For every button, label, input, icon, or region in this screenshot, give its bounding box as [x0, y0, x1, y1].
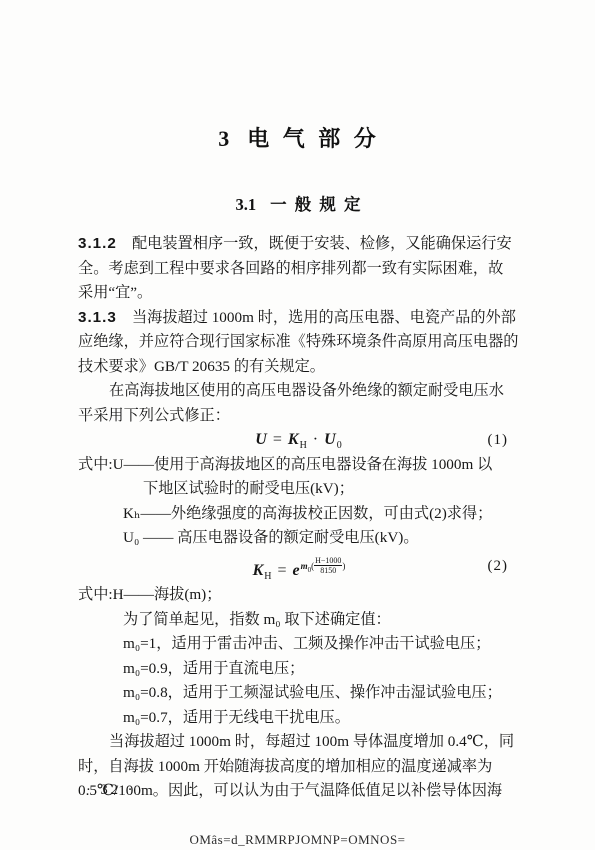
- section-title-text: 一 般 规 定: [270, 195, 362, 214]
- page-content: 3电 气 部 分 3.1一 般 规 定 3.1.2 配电装置相序一致，既便于安装…: [78, 0, 520, 804]
- text-line: 3.1.2 配电装置相序一致，既便于安装、检修，又能确保运行安: [78, 232, 520, 257]
- text-line: m₀=0.8，适用于工频湿试验电压、操作冲击湿试验电压；: [78, 681, 520, 706]
- text-line: m₀=0.7，适用于无线电干扰电压。: [78, 706, 520, 731]
- text-line: 0.5℃/100m。因此，可以认为由于气温降低值足以补偿导体因海: [78, 779, 520, 804]
- clause-number: 3.1.3: [78, 309, 117, 326]
- text-line: 为了简单起见，指数 m₀ 取下述确定值：: [78, 608, 520, 633]
- section-title: 3.1一 般 规 定: [78, 194, 520, 216]
- var-U0: U: [324, 431, 337, 448]
- formula-1: U=KH·U0 (1): [78, 428, 520, 453]
- formula-2-number: (2): [488, 554, 509, 579]
- fraction-numerator: H−1000: [314, 557, 342, 566]
- var-K: K: [253, 562, 265, 579]
- document-page: 3电 气 部 分 3.1一 般 规 定 3.1.2 配电装置相序一致，既便于安装…: [0, 0, 595, 850]
- footer-code: OMâs=d_RMMRPJOMNP=OMNOS=: [0, 832, 595, 848]
- where-clause-2: 式中:H——海拔(m)；为了简单起见，指数 m₀ 取下述确定值：m₀=1，适用于…: [78, 583, 520, 730]
- subscript-H: H: [300, 440, 308, 451]
- text-line: Kₕ——外绝缘强度的高海拔校正因数，可由式(2)求得；: [78, 502, 520, 527]
- equals-sign: =: [272, 562, 292, 579]
- where-clause-1: 式中:U——使用于高海拔地区的高压电器设备在海拔 1000m 以下地区试验时的耐…: [78, 453, 520, 551]
- chapter-title: 3电 气 部 分: [78, 0, 520, 152]
- text-line: 采用“宜”。: [78, 281, 520, 306]
- text-line: 技术要求》GB/T 20635 的有关规定。: [78, 355, 520, 380]
- var-m: m: [301, 561, 308, 571]
- subscript-0: 0: [337, 440, 343, 451]
- paragraph-3-1-3: 3.1.3 当海拔超过 1000m 时，选用的高压电器、电瓷产品的外部应绝缘，并…: [78, 306, 520, 380]
- text-line: 平采用下列公式修正：: [78, 404, 520, 429]
- paragraph-intro: 在高海拔地区使用的高压电器设备外绝缘的额定耐受电压水平采用下列公式修正：: [78, 379, 520, 428]
- text-line: m₀=0.9，适用于直流电压；: [78, 657, 520, 682]
- var-U: U: [255, 431, 268, 448]
- text-line: 式中:H——海拔(m)；: [78, 583, 520, 608]
- text-line: U₀ —— 高压电器设备的额定耐受电压(kV)。: [78, 526, 520, 551]
- exponent: m0(H−10008150): [301, 554, 346, 582]
- formula-1-expression: U=KH·U0: [255, 431, 342, 448]
- paragraph-last: 当海拔超过 1000m 时，每超过 100m 导体温度增加 0.4℃，同时，自海…: [78, 730, 520, 804]
- text-line: m₀=1，适用于雷击冲击、工频及操作冲击干试验电压；: [78, 632, 520, 657]
- chapter-title-text: 电 气 部 分: [247, 126, 380, 151]
- text-line: 全。考虑到工程中要求各回路的相序排列都一致有实际困难，故: [78, 257, 520, 282]
- var-K: K: [288, 431, 300, 448]
- formula-2: KH=em0(H−10008150) (2): [78, 554, 520, 579]
- text-line: 时，自海拔 1000m 开始随海拔高度的增加相应的温度递减率为: [78, 755, 520, 780]
- text-line: 在高海拔地区使用的高压电器设备外绝缘的额定耐受电压水: [78, 379, 520, 404]
- body-text: 3.1.2 配电装置相序一致，既便于安装、检修，又能确保运行安全。考虑到工程中要…: [78, 232, 520, 804]
- chapter-number: 3: [218, 126, 229, 151]
- clause-number: 3.1.2: [78, 235, 117, 252]
- text-line: 3.1.3 当海拔超过 1000m 时，选用的高压电器、电瓷产品的外部: [78, 306, 520, 331]
- text-line: 下地区试验时的耐受电压(kV)；: [78, 477, 520, 502]
- text-line: 应绝缘，并应符合现行国家标准《特殊环境条件高原用高压电器的: [78, 330, 520, 355]
- paren-right: ): [342, 561, 345, 571]
- dot-operator: ·: [308, 431, 324, 448]
- formula-1-number: (1): [488, 428, 509, 453]
- page-number: · 32 ·: [86, 782, 135, 799]
- equals-sign: =: [268, 431, 288, 448]
- section-number: 3.1: [236, 195, 257, 214]
- fraction: H−10008150: [314, 557, 342, 575]
- text-line: 式中:U——使用于高海拔地区的高压电器设备在海拔 1000m 以: [78, 453, 520, 478]
- var-e: e: [293, 562, 301, 579]
- fraction-denominator: 8150: [314, 566, 342, 575]
- paragraph-3-1-2: 3.1.2 配电装置相序一致，既便于安装、检修，又能确保运行安全。考虑到工程中要…: [78, 232, 520, 306]
- formula-2-expression: KH=em0(H−10008150): [253, 562, 346, 579]
- text-line: 当海拔超过 1000m 时，每超过 100m 导体温度增加 0.4℃，同: [78, 730, 520, 755]
